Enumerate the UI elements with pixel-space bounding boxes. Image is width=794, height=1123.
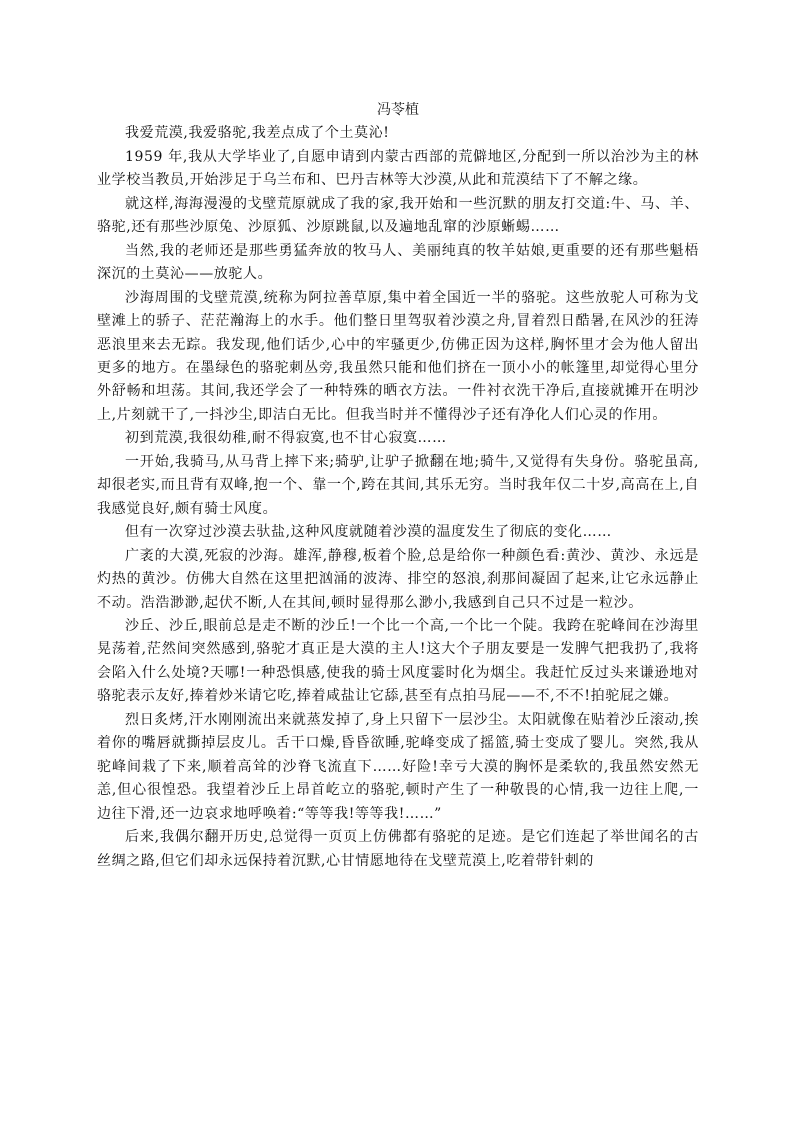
paragraph: 广袤的大漠,死寂的沙海。雄浑,静穆,板着个脸,总是给你一种颜色看:黄沙、黄沙、永… xyxy=(97,545,699,615)
paragraph: 一开始,我骑马,从马背上摔下来;骑驴,让驴子掀翻在地;骑牛,又觉得有失身份。骆驼… xyxy=(97,451,699,521)
paragraph: 后来,我偶尔翻开历史,总觉得一页页上仿佛都有骆驼的足迹。是它们连起了举世闻名的古… xyxy=(97,826,699,873)
paragraph: 烈日炙烤,汗水刚刚流出来就蒸发掉了,身上只留下一层沙尘。太阳就像在贴着沙丘滚动,… xyxy=(97,709,699,826)
paragraph: 当然,我的老师还是那些勇猛奔放的牧马人、美丽纯真的牧羊姑娘,更重要的还有那些魁梧… xyxy=(97,240,699,287)
paragraph: 就这样,海海漫漫的戈壁荒原就成了我的家,我开始和一些沉默的朋友打交道:牛、马、羊… xyxy=(97,193,699,240)
paragraph: 我爱荒漠,我爱骆驼,我差点成了个土莫沁! xyxy=(97,122,699,145)
paragraph: 1959 年,我从大学毕业了,自愿申请到内蒙古西部的荒僻地区,分配到一所以治沙为… xyxy=(97,146,699,193)
document-page: 冯苓植 我爱荒漠,我爱骆驼,我差点成了个土莫沁! 1959 年,我从大学毕业了,… xyxy=(97,99,699,873)
paragraph: 沙丘、沙丘,眼前总是走不断的沙丘!一个比一个高,一个比一个陡。我跨在驼峰间在沙海… xyxy=(97,615,699,709)
paragraph: 初到荒漠,我很幼稚,耐不得寂寞,也不甘心寂寞…… xyxy=(97,427,699,450)
paragraph: 沙海周围的戈壁荒漠,统称为阿拉善草原,集中着全国近一半的骆驼。这些放驼人可称为戈… xyxy=(97,287,699,428)
author-name: 冯苓植 xyxy=(97,99,699,122)
paragraph: 但有一次穿过沙漠去驮盐,这种风度就随着沙漠的温度发生了彻底的变化…… xyxy=(97,521,699,544)
